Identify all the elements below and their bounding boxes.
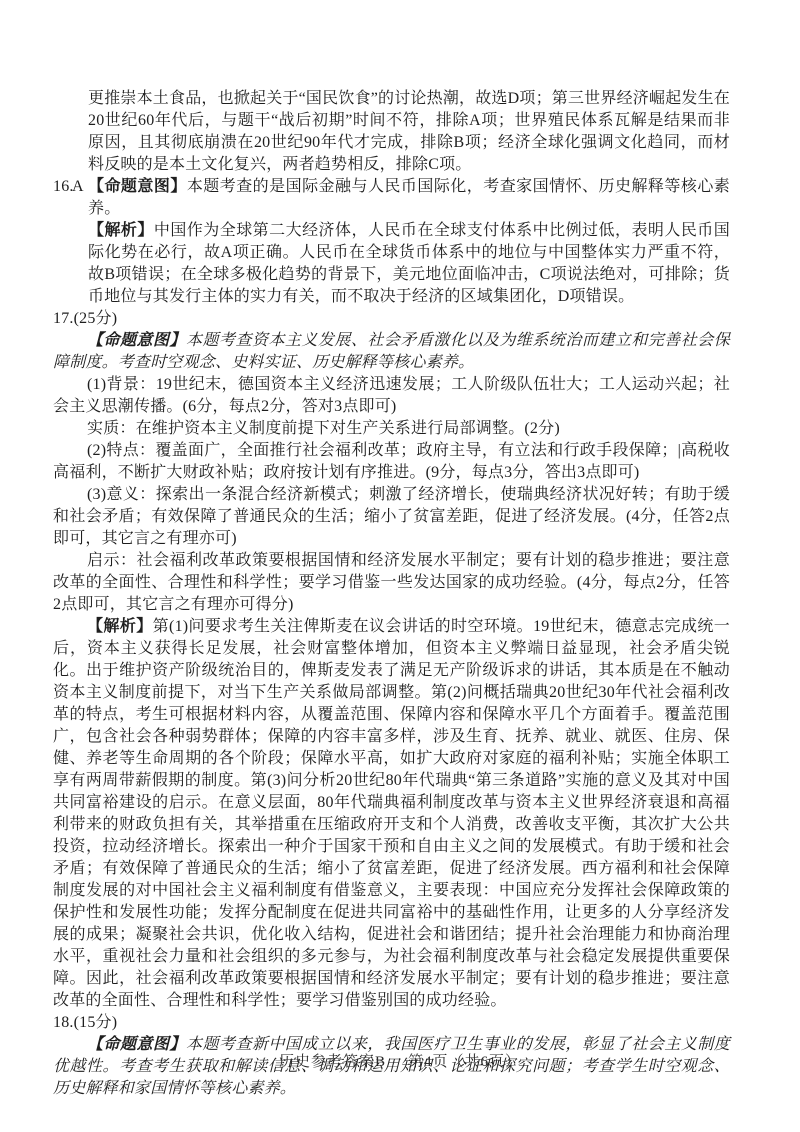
question-16-answer-letter: A <box>72 176 84 198</box>
question-16-analysis: 【解析】中国作为全球第二大经济体，人民币在全球支付体系中比例过低，表明人民币国际… <box>88 220 730 308</box>
footer-page-number: 第4页（共6页） <box>408 1054 521 1070</box>
answer-point-features: (2)特点：覆盖面广，全面推行社会福利改革；政府主导，有立法和行政手段保障；|高… <box>53 440 730 484</box>
continuation-paragraph: 更推崇本土食品，也掀起关于“国民饮食”的讨论热潮，故选D项；第三世界经济崛起发生… <box>88 88 730 176</box>
question-16-block: 16. A 【命题意图】本题考查的是国际金融与人民币国际化，考查家国情怀、历史解… <box>88 176 730 308</box>
answer-point-inspiration: 启示：社会福利改革政策要根据国情和经济发展水平制定；要有计划的稳步推进；要注意改… <box>53 550 730 616</box>
answer-key-text-block: 更推崇本土食品，也掀起关于“国民饮食”的讨论热潮，故选D项；第三世界经济崛起发生… <box>53 88 730 1100</box>
page-footer: 历史参考答案B第4页（共6页） <box>0 1050 800 1071</box>
question-17-number: 17.(25分) <box>53 308 730 330</box>
intent-label: 【命题意图】 <box>88 178 187 195</box>
question-16-number: 16. <box>53 176 74 198</box>
question-17-block: 17.(25分) 【命题意图】本题考查资本主义发展、社会矛盾激化以及为维系统治而… <box>53 308 730 1012</box>
answer-point-background: (1)背景：19世纪末，德国资本主义经济迅速发展；工人阶级队伍壮大；工人运动兴起… <box>53 374 730 418</box>
intent-label: 【命题意图】 <box>87 332 186 349</box>
question-16-intent-line: A 【命题意图】本题考查的是国际金融与人民币国际化，考查家国情怀、历史解释等核心… <box>88 176 730 220</box>
question-18-number: 18.(15分) <box>53 1012 730 1034</box>
footer-doc-title: 历史参考答案B <box>279 1054 386 1070</box>
scanned-answer-key-page: { "document": { "continuation_text": "更推… <box>0 0 800 1132</box>
analysis-label: 【解析】 <box>87 618 153 635</box>
answer-point-essence: 实质：在维护资本主义制度前提下对生产关系进行局部调整。(2分) <box>53 418 730 440</box>
question-16-analysis-text: 中国作为全球第二大经济体，人民币在全球支付体系中比例过低，表明人民币国际化势在必… <box>88 222 730 305</box>
question-17-analysis-text: 第(1)问要求考生关注俾斯麦在议会讲话的时空环境。19世纪末，德意志完成统一后，… <box>53 618 730 1009</box>
question-17-analysis: 【解析】第(1)问要求考生关注俾斯麦在议会讲话的时空环境。19世纪末，德意志完成… <box>53 616 730 1012</box>
question-17-intent: 【命题意图】本题考查资本主义发展、社会矛盾激化以及为维系统治而建立和完善社会保障… <box>53 330 730 374</box>
answer-point-significance: (3)意义：探索出一条混合经济新模式；刺激了经济增长，使瑞典经济状况好转；有助于… <box>53 484 730 550</box>
analysis-label: 【解析】 <box>88 222 154 239</box>
